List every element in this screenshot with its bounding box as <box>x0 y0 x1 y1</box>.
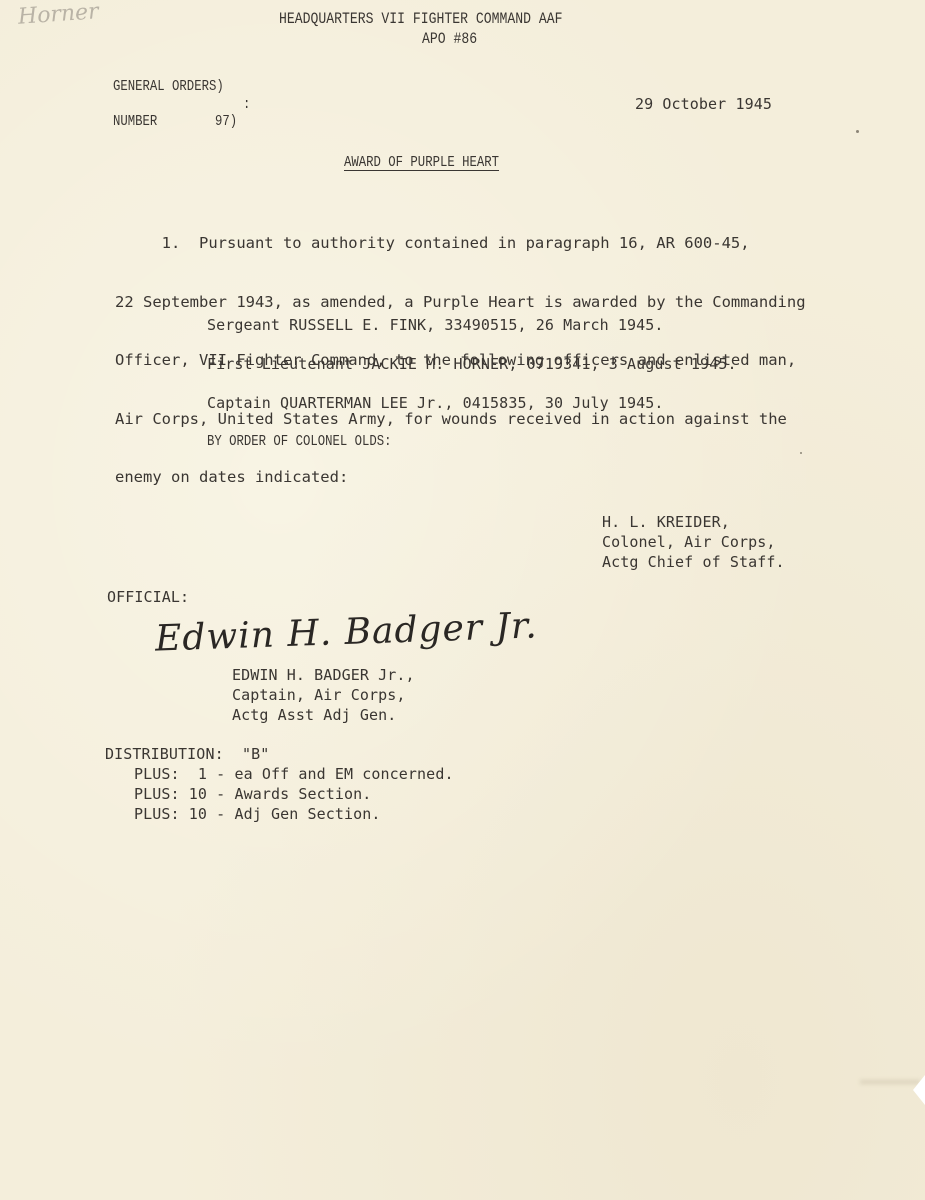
distribution-item: PLUS: 1 - ea Off and EM concerned. <box>134 765 454 784</box>
orders-colon: : <box>243 95 250 114</box>
paper-crease <box>860 1080 920 1084</box>
paragraph-line: 22 September 1943, as amended, a Purple … <box>115 293 835 313</box>
by-order-line: BY ORDER OF COLONEL OLDS: <box>207 432 392 451</box>
handwritten-signature: Edwin H. Badger Jr. <box>154 605 538 659</box>
recipient-entry: Sergeant RUSSELL E. FINK, 33490515, 26 M… <box>207 316 664 335</box>
document-page: Horner HEADQUARTERS VII FIGHTER COMMAND … <box>0 0 925 1200</box>
official-rank: Captain, Air Corps, <box>232 686 405 705</box>
distribution-label: DISTRIBUTION: "B" <box>105 745 269 764</box>
document-title: AWARD OF PURPLE HEART <box>344 153 499 172</box>
official-name: EDWIN H. BADGER Jr., <box>232 666 415 685</box>
recipient-entry: Captain QUARTERMAN LEE Jr., 0415835, 30 … <box>207 394 664 413</box>
handwritten-margin-note: Horner <box>17 0 99 30</box>
paragraph-line: 1. Pursuant to authority contained in pa… <box>115 234 835 254</box>
chief-title: Actg Chief of Staff. <box>602 553 785 572</box>
order-date: 29 October 1945 <box>635 95 772 114</box>
number-label: NUMBER <box>113 112 157 131</box>
chief-name: H. L. KREIDER, <box>602 513 730 532</box>
chief-rank: Colonel, Air Corps, <box>602 533 775 552</box>
header-line-2: APO #86 <box>422 30 477 49</box>
paper-speck <box>856 130 859 133</box>
general-orders-label: GENERAL ORDERS) <box>113 77 224 96</box>
order-number: 97) <box>215 112 237 131</box>
header-line-1: HEADQUARTERS VII FIGHTER COMMAND AAF <box>279 10 562 29</box>
paragraph-line: enemy on dates indicated: <box>115 468 835 488</box>
paper-speck <box>800 452 802 454</box>
recipient-entry: First Lieutenant JACKIE M. HORNER, 07193… <box>207 355 737 374</box>
distribution-item: PLUS: 10 - Adj Gen Section. <box>134 805 381 824</box>
official-title: Actg Asst Adj Gen. <box>232 706 396 725</box>
official-label: OFFICIAL: <box>107 588 189 607</box>
distribution-item: PLUS: 10 - Awards Section. <box>134 785 371 804</box>
